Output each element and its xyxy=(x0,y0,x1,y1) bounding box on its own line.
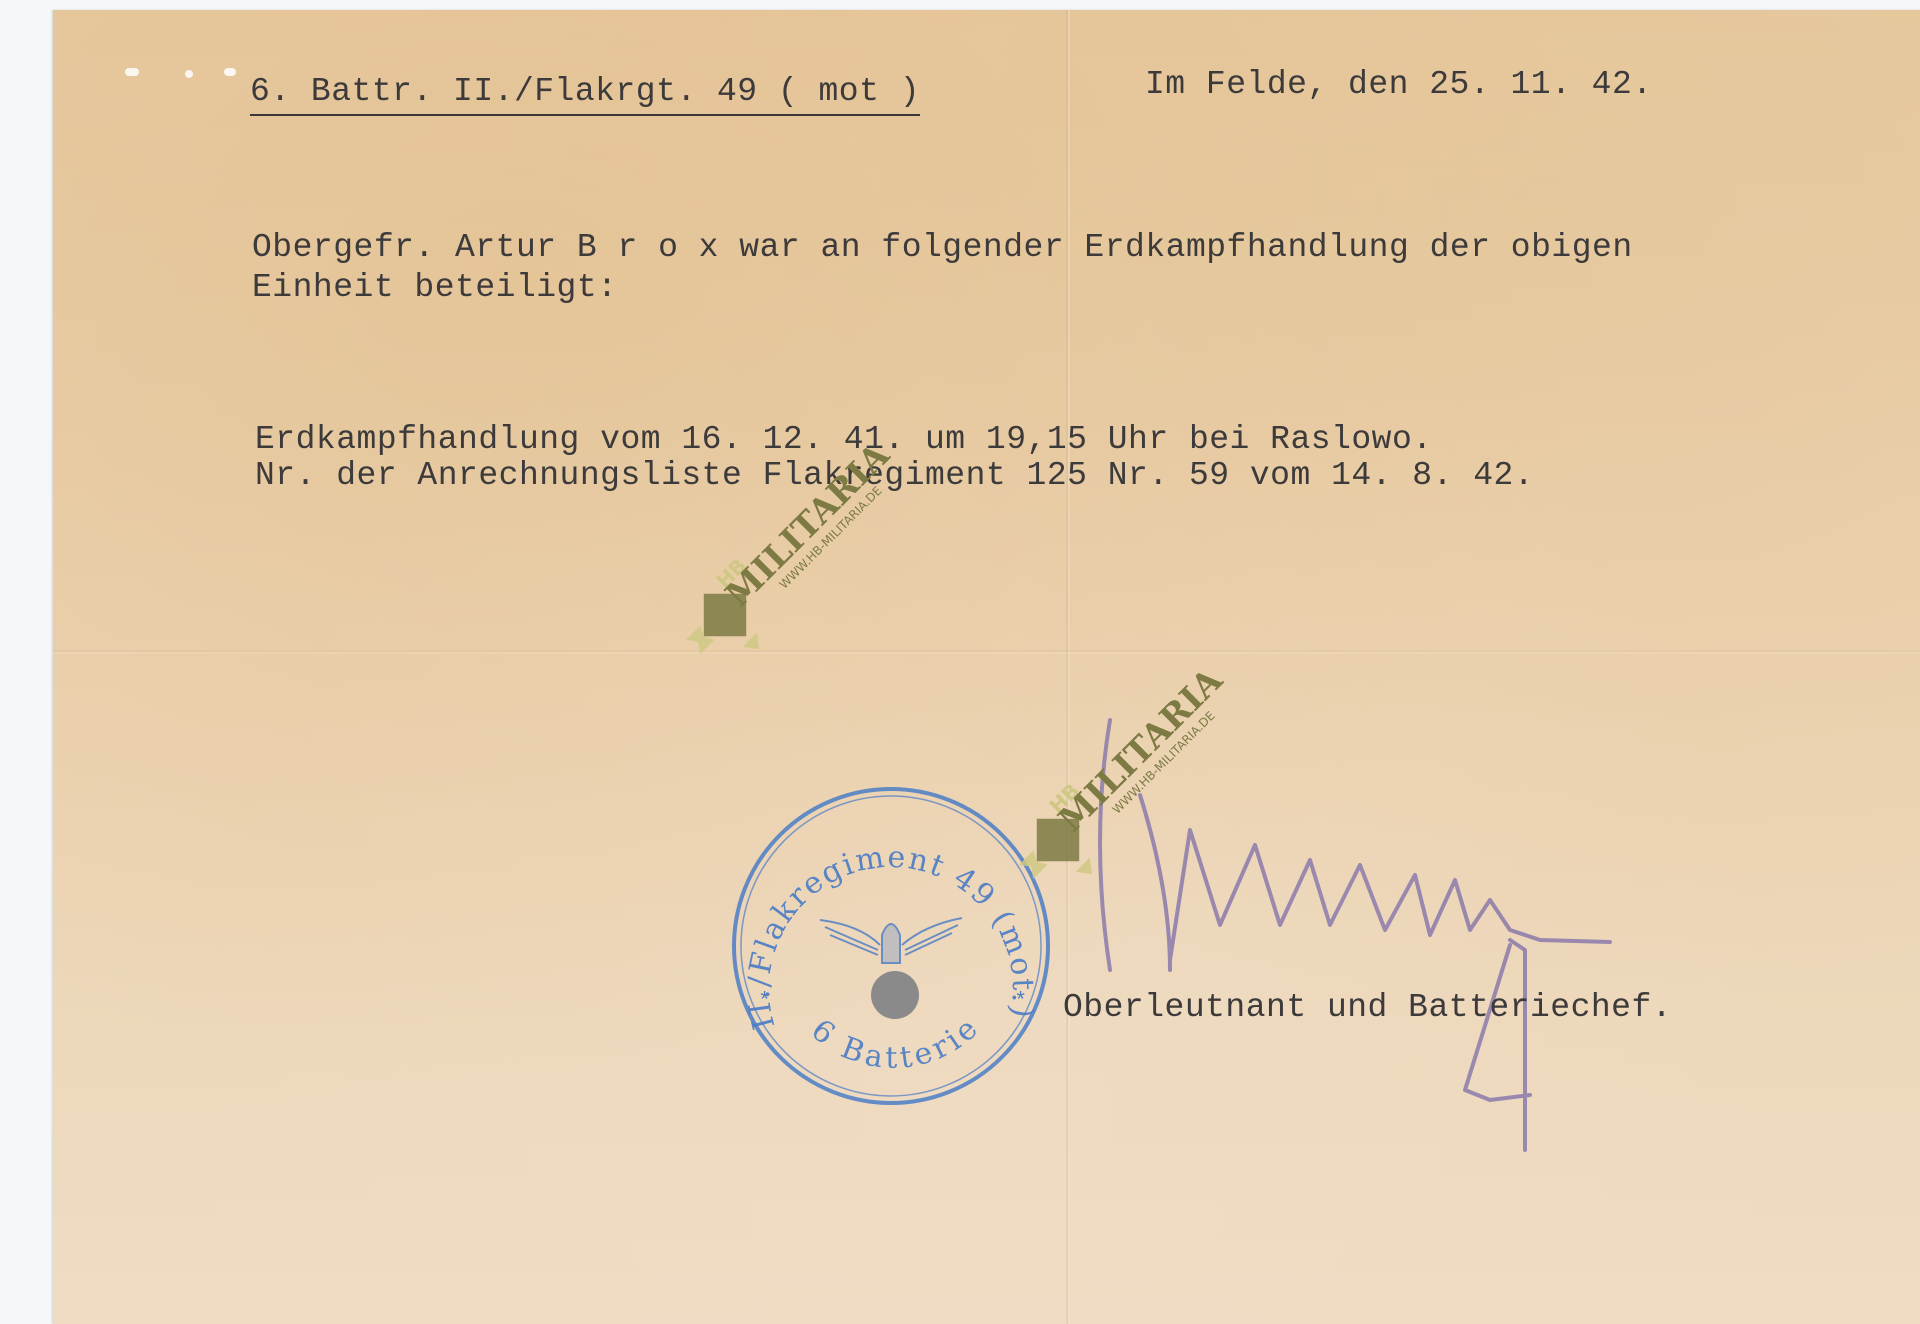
redacted-emblem xyxy=(871,971,919,1019)
hb-militaria-watermark: HB MILITARIA WWW.HB-MILITARIA.DE xyxy=(1003,665,1263,895)
svg-text:MILITARIA: MILITARIA xyxy=(1051,665,1231,840)
unit-header: 6. Battr. II./Flakrgt. 49 ( mot ) xyxy=(250,72,920,116)
star-icon: * xyxy=(1014,989,1027,1014)
body-line-2: Einheit beteiligt: xyxy=(252,268,617,308)
body-line-1: Obergefr. Artur B r o x war an folgender… xyxy=(252,228,1633,268)
punch-hole xyxy=(224,68,236,76)
horizontal-fold-line xyxy=(53,650,1920,654)
hb-militaria-watermark: HB MILITARIA WWW.HB-MILITARIA.DE xyxy=(670,440,930,670)
punch-hole xyxy=(185,70,193,78)
punch-hole xyxy=(125,68,139,76)
place-date: Im Felde, den 25. 11. 42. xyxy=(1145,65,1653,105)
svg-text:MILITARIA: MILITARIA xyxy=(718,440,898,615)
signatory-title: Oberleutnant und Batteriechef. xyxy=(1063,988,1672,1028)
eagle-emblem-icon xyxy=(820,918,962,963)
star-icon: * xyxy=(758,989,771,1014)
